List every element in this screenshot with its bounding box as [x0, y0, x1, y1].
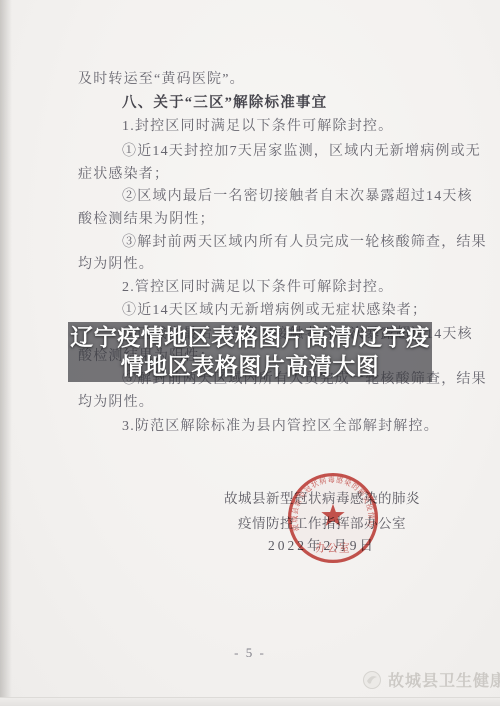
- doc-line: 3.防范区解除标准为县内管控区全部解封解控。: [122, 415, 439, 435]
- official-seal-icon: 故城县新型冠状病毒感染的肺炎疫情防控工作指挥部 办公室: [286, 471, 380, 565]
- doc-line: ①近14天区域内无新增病例或无症状感染者；: [122, 299, 427, 319]
- doc-heading: 八、关于“三区”解除标准事宜: [122, 91, 327, 112]
- doc-line: ①近14天封控加7天居家监测，区域内无新增病例或无: [122, 140, 481, 160]
- doc-line: 酸检测结果为阴性；: [78, 208, 215, 228]
- doc-line: ②区域内最后一名密切接触者自末次暴露超过14天核: [122, 185, 473, 205]
- seal-office-label: 办公室: [315, 542, 350, 555]
- watermark: 故城县卫生健康局: [362, 668, 500, 691]
- scanned-document-page: 及时转运至“黄码医院”。 八、关于“三区”解除标准事宜 1.封控区同时满足以下条…: [0, 0, 500, 706]
- page-number: - 5 -: [0, 645, 500, 661]
- doc-line: 均为阴性。: [78, 391, 154, 411]
- doc-line: 均为阴性。: [78, 253, 154, 273]
- page-bottom-shadow: [0, 697, 500, 706]
- doc-line: 2.管控区同时满足以下条件可解除封控。: [122, 276, 393, 296]
- seal-graphic: 故城县新型冠状病毒感染的肺炎疫情防控工作指挥部 办公室: [286, 471, 380, 565]
- health-bureau-logo-icon: [362, 670, 382, 690]
- caption-line-2: 情地区表格图片高清大图: [68, 352, 432, 381]
- doc-line: 及时转运至“黄码医院”。: [78, 68, 245, 88]
- doc-line: 1.封控区同时满足以下条件可解除封控。: [122, 115, 393, 135]
- watermark-text: 故城县卫生健康局: [388, 668, 500, 691]
- caption-overlay-banner: 辽宁疫情地区表格图片高清/辽宁疫 情地区表格图片高清大图: [68, 322, 432, 382]
- doc-line: 症状感染者；: [78, 163, 169, 183]
- caption-line-1: 辽宁疫情地区表格图片高清/辽宁疫: [68, 323, 432, 352]
- page-left-shadow: [0, 0, 12, 706]
- doc-line: ③解封前两天区域内所有人员完成一轮核酸筛查，结果: [122, 231, 487, 251]
